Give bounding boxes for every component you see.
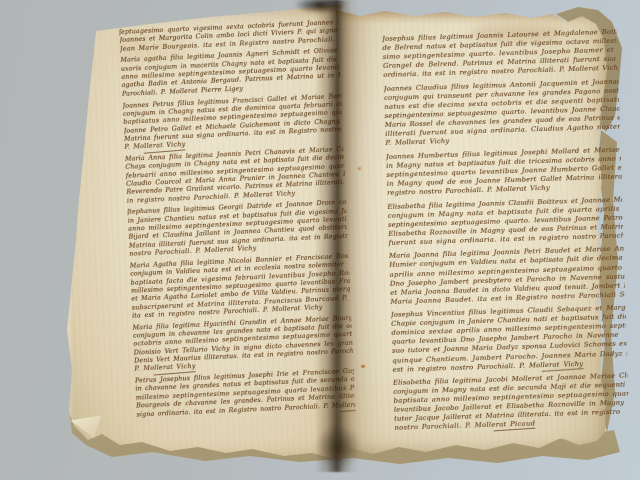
manuscript-paragraph: Maria Anna filia legitima Joannis Petri … [125, 146, 346, 206]
manuscript-photo: ʃeptuagesimo quarto vigesima sexta octob… [0, 0, 640, 480]
ink-spot [361, 365, 365, 368]
manuscript-paragraph: Josephus filius legitimus Joannis Latour… [382, 28, 618, 81]
manuscript-paragraph: Josephus Vincentius filius legitimus Cla… [391, 304, 628, 375]
manuscript-paragraph: Joannes Petrus filius legitimus Francisc… [122, 93, 343, 153]
gutter-shadow-top [293, 0, 347, 14]
manuscript-paragraph: Maria agatha filia legitima Joannis Agne… [120, 47, 341, 99]
manuscript-paragraph: Elisabetha filia legitima Jacobi Mollera… [393, 372, 630, 434]
manuscript-paragraph: —Elisabetha filia legitima Joannis Claud… [387, 195, 623, 248]
manuscript-paragraph: Joannes Humbertus filius legitimus Josep… [386, 145, 622, 198]
page-gutter [315, 0, 359, 472]
manuscript-paragraph: Joannes Claudius filius legitimus Antoni… [384, 77, 621, 148]
gutter-shadow-bottom [316, 425, 360, 469]
manuscript-paragraph: Maria Joanna filia legitima Joannis Petr… [389, 245, 626, 307]
right-page-text: Josephus filius legitimus Joannis Latour… [382, 28, 630, 440]
